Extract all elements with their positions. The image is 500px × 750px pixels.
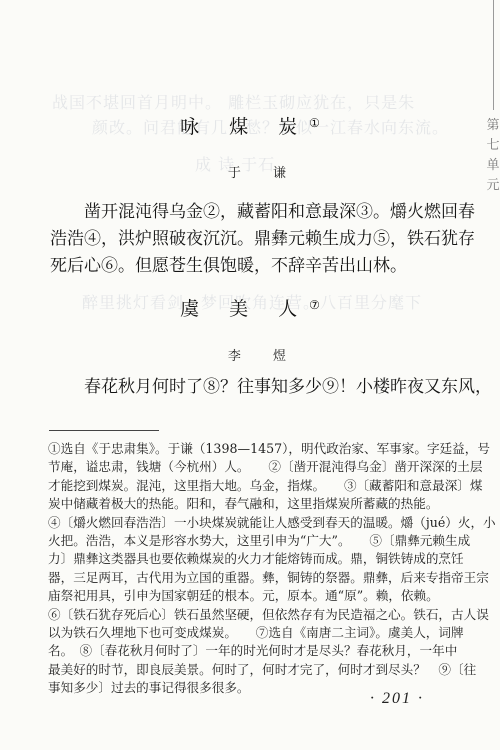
footnotes: ①选自《于忠肃集》。于谦（1398—1457），明代政治家、军事家。字廷益，号 … [48,440,450,697]
footnote-line: 以为铁石久埋地下也可变成煤炭。 ⑦选自《南唐二主词》。虞美人，词牌 [48,624,450,642]
poem-line: 凿开混沌得乌金②，藏蓄阳和意最深③。爝火燃回春 [50,199,450,226]
footnote-line: 火把。浩浩，本义是形容水势大，这里引申为“广大”。 ⑤〔鼎彝元赖生成 [48,532,450,550]
poem-title: 咏 煤 炭① [0,112,500,139]
footnote-line: 器，三足两耳，古代用为立国的重器。彝，铜铸的祭器。鼎彝，后来专指帝王宗 [48,569,450,587]
poem-author: 李 煜 [0,345,500,364]
poem-title: 虞 美 人⑦ [0,294,500,321]
footnote-line: 才能挖到煤炭。混沌，这里指大地。乌金，指煤。 ③〔藏蓄阳和意最深〕煤 [48,477,450,495]
poem-author: 于 谦 [0,162,500,181]
poem-body: 凿开混沌得乌金②，藏蓄阳和意最深③。爝火燃回春 浩浩④，洪炉照破夜沉沉。鼎彝元赖… [50,199,450,280]
unit-tab-char: 七 [486,138,499,154]
footnote-ref[interactable]: ① [309,116,320,130]
footnote-line: 力〕鼎彝这类器具也要依赖煤炭的火力才能熔铸而成。鼎，铜铁铸成的烹饪 [48,550,450,568]
footnote-line: ④〔爝火燃回春浩浩〕一小块煤炭就能让人感受到春天的温暖。爝（jué）火，小 [48,514,450,532]
footnote-ref[interactable]: ⑦ [309,298,320,312]
poem-body: 春花秋月何时了⑧？往事知多少⑨！小楼昨夜又东风， [50,374,450,401]
page-number: · 201 · [370,690,424,708]
poem-title-text: 咏 煤 炭 [180,116,309,138]
poem-title-text: 虞 美 人 [180,298,309,320]
footnote-line: 名。 ⑧〔春花秋月何时了〕一年的时光何时才是尽头？春花秋月，一年中 [48,642,450,660]
footnote-line: 炭中储藏着极大的热能。阳和，春气融和，这里指煤炭所蓄藏的热能。 [48,495,450,513]
footnote-line: 节庵，谥忠肃，钱塘（今杭州）人。 ②〔凿开混沌得乌金〕凿开深深的土层 [48,458,450,476]
footnote-line: ①选自《于忠肃集》。于谦（1398—1457），明代政治家、军事家。字廷益，号 [48,440,450,458]
poem-line: 春花秋月何时了⑧？往事知多少⑨！小楼昨夜又东风， [50,374,450,401]
footnote-divider [49,430,159,431]
bleed-through-line: 战国不堪回首月明中。 雕栏玉砌应犹在，只是朱 [52,90,415,113]
side-rule [493,0,494,110]
footnote-line: 最美好的时节，即良辰美景。何时了，何时才完了，何时才到尽头？ ⑨〔往 [48,661,450,679]
footnote-line: 庙祭祀用具，引申为国家朝廷的根本。元，原本。通“原”。赖，依赖。 [48,587,450,605]
footnote-line: ⑥〔铁石犹存死后心〕铁石虽然坚硬，但依然存有为民造福之心。铁石，古人误 [48,606,450,624]
poem-line: 死后心⑥。但愿苍生俱饱暖，不辞辛苦出山林。 [50,253,450,280]
poem-line: 浩浩④，洪炉照破夜沉沉。鼎彝元赖生成力⑤，铁石犹存 [50,226,450,253]
